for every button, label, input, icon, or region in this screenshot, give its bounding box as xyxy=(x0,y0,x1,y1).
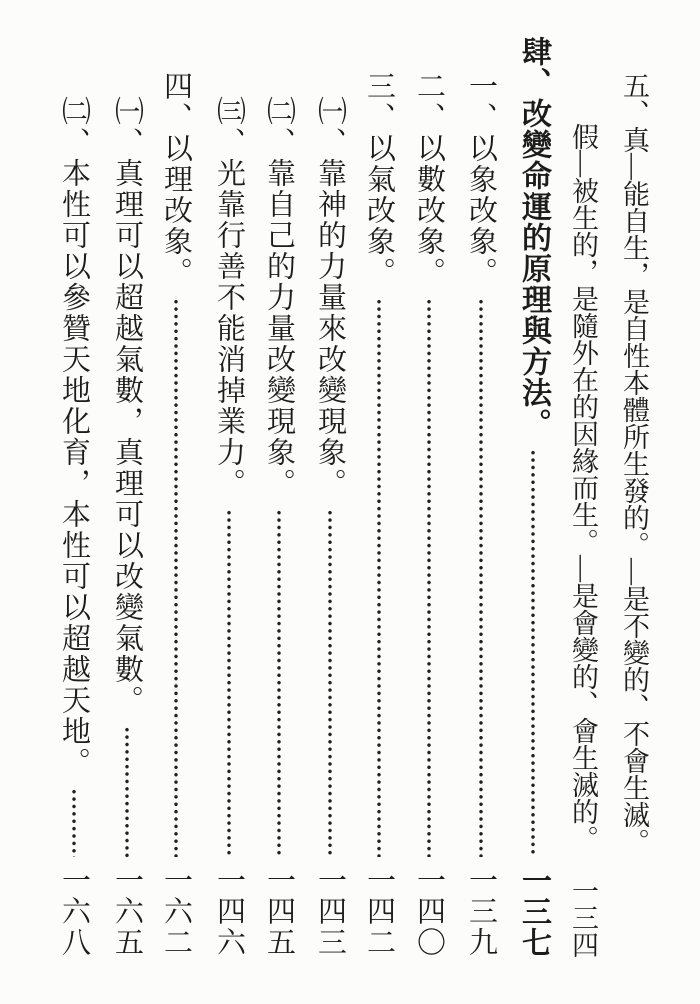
dot-leader xyxy=(56,788,92,857)
toc-entry-text: 四、以理改象。 xyxy=(158,71,194,288)
page-number: 一六二 xyxy=(158,865,194,958)
dot-leader xyxy=(411,298,447,857)
toc-entry-sub: ㈡、靠自己的力量改變現象。 一四五 xyxy=(261,96,297,958)
toc-entry: 四、以理改象。 一六二 xyxy=(158,71,194,958)
dot-leader xyxy=(158,298,194,857)
dot-leader xyxy=(211,509,247,857)
toc-entry-text: 肆、改變命運的原理與方法。 xyxy=(512,36,554,439)
toc-entry-text: ㈡、本性可以參贊天地化育，本性可以超越天地。 xyxy=(56,96,92,778)
toc-entry-section: 肆、改變命運的原理與方法。 一三七 xyxy=(512,36,554,958)
page-number: 一六五 xyxy=(109,865,145,958)
toc-entry-text: 假—被生的，是隨外在的因緣而生。—是會變的、會生滅的。 xyxy=(565,123,601,852)
leader-gap xyxy=(565,862,601,869)
page-number: 一三四 xyxy=(565,877,601,958)
toc-entry-text: ㈠、真理可以超越氣數，真理可以改變氣數。 xyxy=(109,96,145,716)
page-number: 一四三 xyxy=(312,865,348,958)
dot-leader xyxy=(312,509,348,857)
dot-leader xyxy=(261,509,297,857)
toc-entry: 一、以象改象。 一三九 xyxy=(463,71,499,958)
page-number: 一四五 xyxy=(261,865,297,958)
toc-entry-text: ㈠、靠神的力量來改變現象。 xyxy=(312,96,348,499)
toc-page: 五、真—能自生，是自性本體所生發的。—是不變的、不會生滅。 假—被生的，是隨外在… xyxy=(0,0,700,1004)
toc-entry-sub: ㈠、靠神的力量來改變現象。 一四三 xyxy=(312,96,348,958)
page-number: 一三七 xyxy=(512,865,554,958)
dot-leader xyxy=(463,298,499,857)
page-number: 一六八 xyxy=(56,865,92,958)
dot-leader xyxy=(109,726,145,857)
toc-entry-sub: ㈢、光靠行善不能消掉業力。 一四六 xyxy=(211,96,247,958)
toc-entry-text: 三、以氣改象。 xyxy=(361,71,397,288)
toc-entry-text: 一、以象改象。 xyxy=(463,71,499,288)
toc-entry: 二、以數改象。 一四〇 xyxy=(411,71,447,958)
toc-entry-sub: ㈡、本性可以參贊天地化育，本性可以超越天地。 一六八 xyxy=(56,96,92,958)
toc-entry-text: 二、以數改象。 xyxy=(411,71,447,288)
page-number: 一三九 xyxy=(463,865,499,958)
toc-entry: 假—被生的，是隨外在的因緣而生。—是會變的、會生滅的。 一三四 xyxy=(565,123,601,958)
page-number: 一四六 xyxy=(211,865,247,958)
dot-leader xyxy=(361,298,397,857)
toc-entry-sub: ㈠、真理可以超越氣數，真理可以改變氣數。 一六五 xyxy=(109,96,145,958)
toc-entry: 五、真—能自生，是自性本體所生發的。—是不變的、不會生滅。 xyxy=(616,72,652,958)
toc-entry-text: ㈡、靠自己的力量改變現象。 xyxy=(261,96,297,499)
page-number: 一四二 xyxy=(361,865,397,958)
toc-entry: 三、以氣改象。 一四二 xyxy=(361,71,397,958)
toc-entry-text: ㈢、光靠行善不能消掉業力。 xyxy=(211,96,247,499)
dot-leader xyxy=(512,449,554,857)
toc-entry-text: 五、真—能自生，是自性本體所生發的。—是不變的、不會生滅。 xyxy=(616,72,652,855)
page-number: 一四〇 xyxy=(411,865,447,958)
